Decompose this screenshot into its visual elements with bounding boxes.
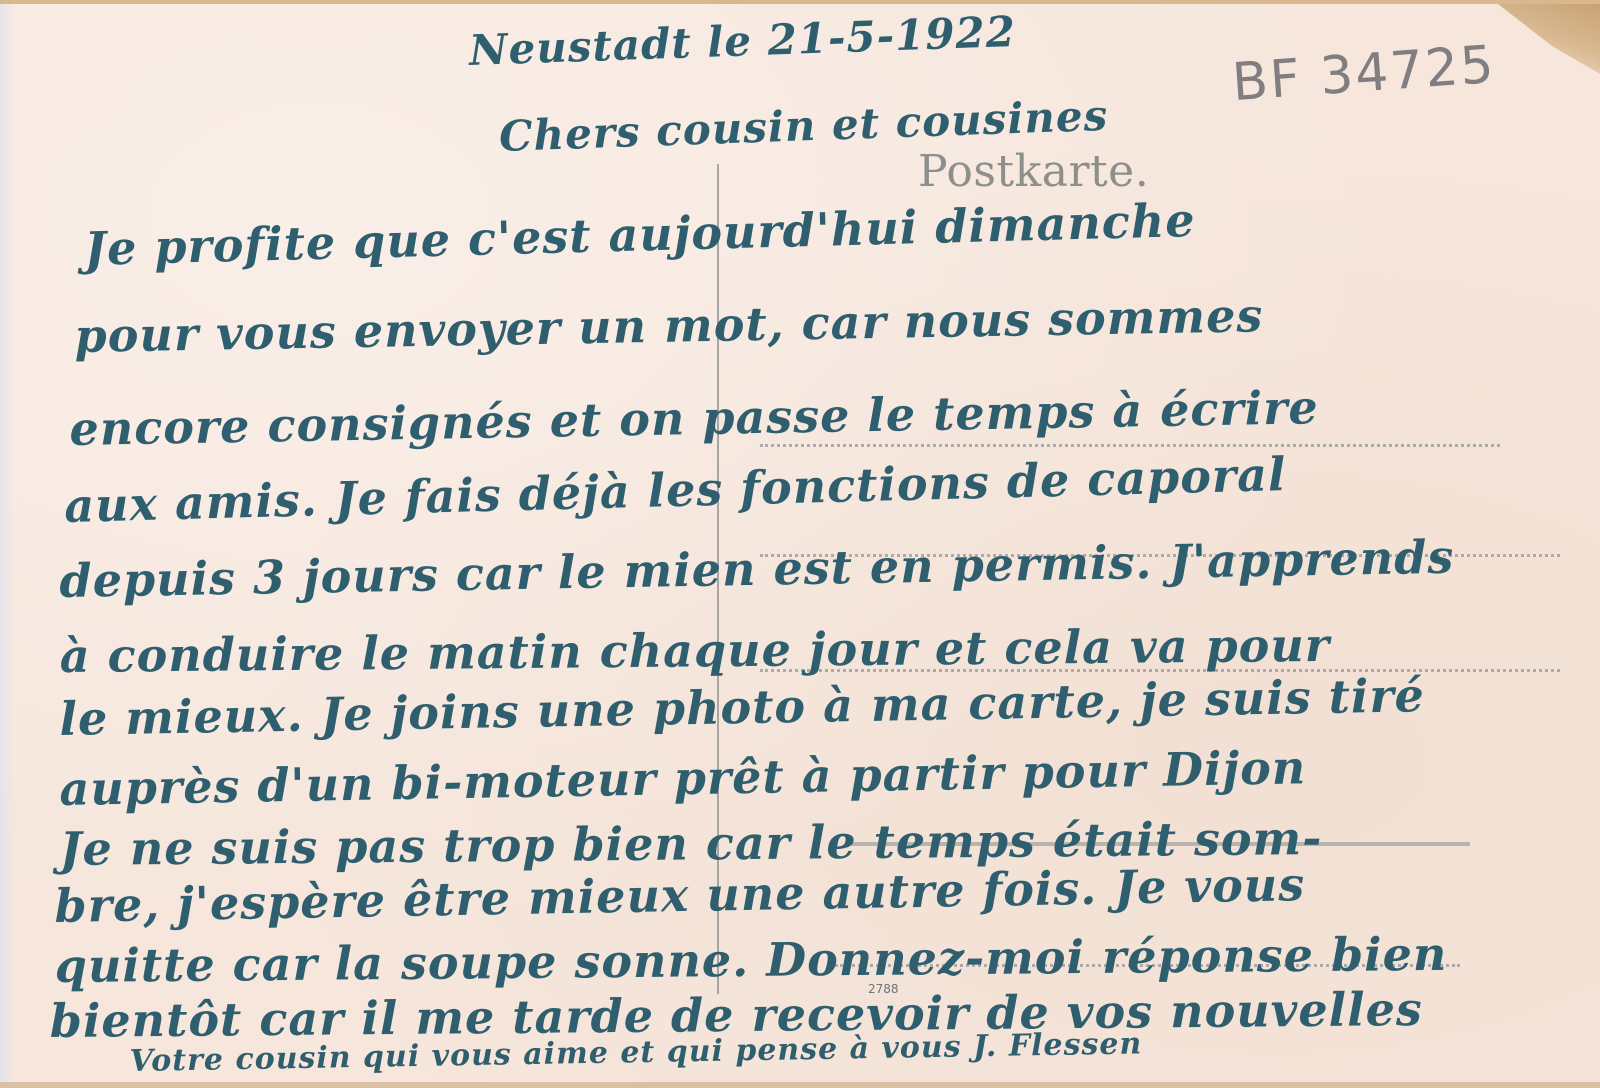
place-date: Neustadt le 21-5-1922 bbox=[468, 7, 1016, 75]
letter-line-5: depuis 3 jours car le mien est en permis… bbox=[59, 530, 1455, 608]
paper-edge-left bbox=[0, 4, 14, 1088]
letter-line-4: aux amis. Je fais déjà les fonctions de … bbox=[64, 447, 1287, 533]
printed-title: Postkarte. bbox=[918, 146, 1149, 197]
postcard: Postkarte. 2788 BF 34725 Neustadt le 21-… bbox=[0, 0, 1600, 1088]
corner-stain bbox=[1480, 4, 1600, 74]
archive-reference: BF 34725 bbox=[1230, 35, 1497, 113]
letter-line-2: pour vous envoyer un mot, car nous somme… bbox=[74, 288, 1264, 363]
paper-edge-bottom bbox=[0, 1082, 1600, 1088]
letter-line-1: Je profite que c'est aujourd'hui dimanch… bbox=[84, 193, 1197, 276]
letter-line-8: auprès d'un bi-moteur prêt à partir pour… bbox=[59, 740, 1307, 816]
address-line-1 bbox=[760, 444, 1500, 447]
